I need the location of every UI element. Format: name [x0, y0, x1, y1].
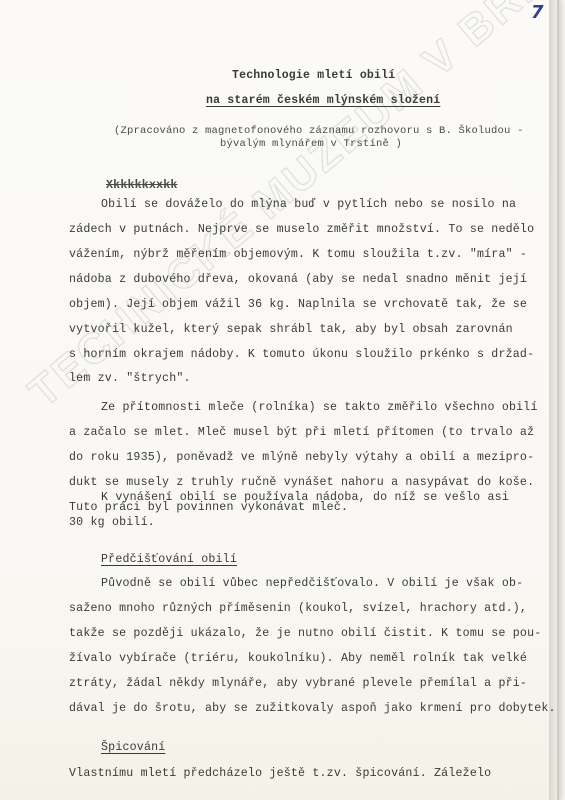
text-line: žívalo vybírače (triéru, koukolníku). Ab… [69, 652, 527, 666]
text-line: dával je do šrotu, aby se zužitkovaly as… [69, 702, 556, 716]
text-line: saženo mnoho různých příměsenin (koukol,… [69, 602, 527, 616]
text-line: do roku 1935), poněvadž ve mlýně nebyly … [69, 451, 534, 465]
text-line: objem). Její objem vážil 36 kg. Naplnila… [69, 298, 527, 312]
text-line: takže se později ukázalo, že je nutno ob… [69, 627, 541, 641]
text-line: Obilí se dováželo do mlýna buď v pytlích… [101, 198, 516, 212]
text-line: s horním okrajem nádoby. K tomuto úkonu … [69, 348, 534, 362]
text-line: Původně se obilí vůbec nepředčišťovalo. … [101, 577, 523, 591]
text-line: ztráty, žádal někdy mlynáře, aby vybrané… [69, 677, 527, 691]
text-line: Ze přítomnosti mleče (rolníka) se takto … [101, 401, 538, 415]
page-edge [549, 0, 557, 800]
document-title: Technologie mletí obilí [232, 69, 395, 83]
text-line: a začalo se mlet. Mleč musel být při mle… [69, 426, 534, 440]
text-line: lem zv. "štrych". [69, 372, 191, 386]
text-line: 30 kg obilí. [69, 516, 155, 530]
text-line: zádech v putnách. Nejprve se muselo změř… [69, 223, 534, 237]
document-page: TECHNICKÉ MUZEUM V BRNĚ 7 Technologie ml… [0, 0, 559, 800]
section-heading-spicovani: Špicování [101, 741, 165, 755]
source-note-line-2: bývalým mlynářem v Trstíně ) [220, 137, 402, 151]
struck-heading: Xkkkkkxxkk [106, 179, 178, 193]
section-heading-precleaning: Předčišťování obilí [101, 553, 237, 567]
document-subtitle: na starém českém mlýnském složení [206, 94, 440, 108]
page-number: 7 [531, 2, 544, 23]
text-line: nádoba z dubového dřeva, okovaná (aby se… [69, 273, 527, 287]
text-line: K vynášení obilí se používala nádoba, do… [101, 491, 509, 505]
text-line: vážením, nýbrž měřením objemovým. K tomu… [69, 248, 527, 262]
text-line: vytvořil kužel, který sepak shrábl tak, … [69, 323, 513, 337]
source-note-line-1: (Zpracováno z magnetofonového záznamu ro… [114, 124, 524, 138]
text-line: dukt se musely z truhly ručně vynášet na… [69, 476, 534, 490]
text-line: Vlastnímu mletí předcházelo ještě t.zv. … [69, 767, 491, 781]
